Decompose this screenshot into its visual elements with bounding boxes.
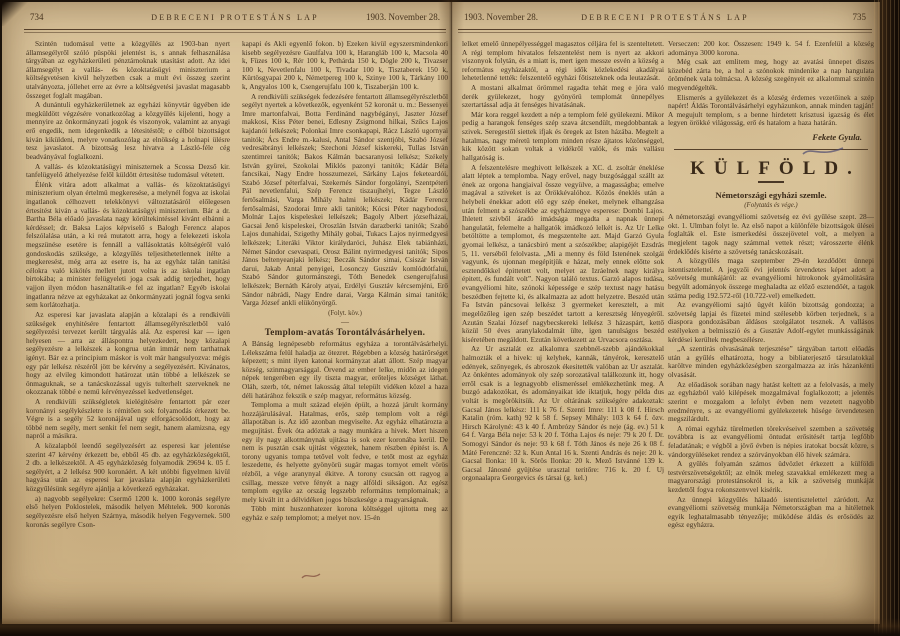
issue-date: 1903. November 28. [366,12,440,22]
header-rule [24,29,446,30]
paragraph: Több mint huszonhatezer korona költségge… [242,505,448,522]
paragraph: „A szentirás olvasásának terjesztése” tá… [668,345,874,379]
paragraph: A közalapból leendő segélyezésért az esp… [26,442,230,494]
paragraph: A Bánság legnépesebb református egyháza … [242,340,448,400]
paragraph: A dunántuli egyházkerületnek az egyházi … [26,101,230,161]
page-header-right: 1903. November 28. DEBRECENI PROTESTÁNS … [458,12,872,25]
section-title-underline [758,181,784,183]
paragraph: A vallás- és közoktatásügyi miniszternek… [26,163,230,180]
text-column: kapapi és Akli egyenlő fokon. b) Ezeken … [242,40,448,612]
paragraph: Elismerés a gyülekezet és a község érdem… [668,94,874,128]
header-rule [458,32,872,33]
article-heading: Templom-avatás Torontálvásárhelyen. [242,327,448,337]
paragraph: Az evangyéliomi sajtó ügyét külön bizott… [668,301,874,344]
paragraph: Az esperesi kar javaslata alapján a köza… [26,311,230,397]
paragraph: A németországi evangyéliomi szövetség ez… [668,213,874,256]
page-left: 734 DEBRECENI PROTESTÁNS LAP 1903. Novem… [20,8,450,614]
paragraph: A felszentelésre meghivott lelkészek a X… [462,164,664,345]
paragraph: lelket emelő ünnepélyességgel magasztos … [462,40,664,83]
paragraph: Temploma a mult század elején épült, a h… [242,401,448,504]
paragraph: A közgyűlés maga szeptember 29-én kezdőd… [668,257,874,300]
paragraph: A gyűlés folyamán számos üdvözlet érkeze… [668,460,874,494]
scanned-book-spread: 734 DEBRECENI PROTESTÁNS LAP 1903. Novem… [0,0,900,636]
paragraph: Szintén tudomásul vette a közgyűlés az 1… [26,40,230,100]
paragraph: A rendkivüli szükségek fedezésére fentar… [242,93,448,308]
scan-edge-right [874,0,900,636]
article-subtitle: Németországi egyházi szemle. [668,190,874,200]
page-header-left: 734 DEBRECENI PROTESTÁNS LAP 1903. Novem… [24,12,446,25]
paragraph: Már kora reggel kezdett a nép a templom … [462,111,664,163]
header-rule [458,29,872,30]
page-gutter-line [451,0,452,622]
paragraph: A római egyház türelmetlen törekvéseivel… [668,425,874,459]
paragraph: Az Ur asztalát ez alkalomra szebbnél-sze… [462,345,664,483]
author-signature: Fekete Gyula. [668,132,862,142]
header-rule [24,32,446,33]
separator-dash: — [242,318,448,325]
page-right: 1903. November 28. DEBRECENI PROTESTÁNS … [454,8,876,614]
scan-corner-top-left [0,0,30,26]
text-column: Szintén tudomásul vette a közgyűlés az 1… [26,40,230,612]
paragraph: A mostani alkalmat örömmel ragadta tehát… [462,84,664,110]
text-column: lelket emelő ünnepélyességgel magasztos … [462,40,664,612]
paragraph: a) nagyobb segélyekre: Csermő 1200 k. 10… [26,495,230,529]
paragraph: Az ünnepi közgyűlés hálaadó istentisztel… [668,496,874,530]
journal-title: DEBRECENI PROTESTÁNS LAP [458,13,872,22]
paragraph: Az előadások sorában nagy hatást keltett… [668,381,874,424]
paragraph: Verseczen: 200 kor. Összesen: 1949 k. 54… [668,40,874,57]
scan-edge-bottom [0,618,900,636]
continuation-note: (Folyt. köv.) [242,310,448,317]
series-note: (Folytatás és vége.) [668,202,874,209]
text-column: Verseczen: 200 kor. Összesen: 1949 k. 54… [668,40,874,612]
paragraph: kapapi és Akli egyenlő fokon. b) Ezeken … [242,40,448,92]
paragraph: Még csak azt emlitem meg, hogy az avatás… [668,58,874,92]
paragraph: Élénk vitára adott alkalmat a vallás- és… [26,181,230,310]
section-title-kulfold: KÜLFÖLD. [668,158,874,180]
section-rule [674,149,868,150]
page-number: 735 [853,12,867,22]
paragraph: A rendkivüli szükségletek kielégitésére … [26,398,230,441]
